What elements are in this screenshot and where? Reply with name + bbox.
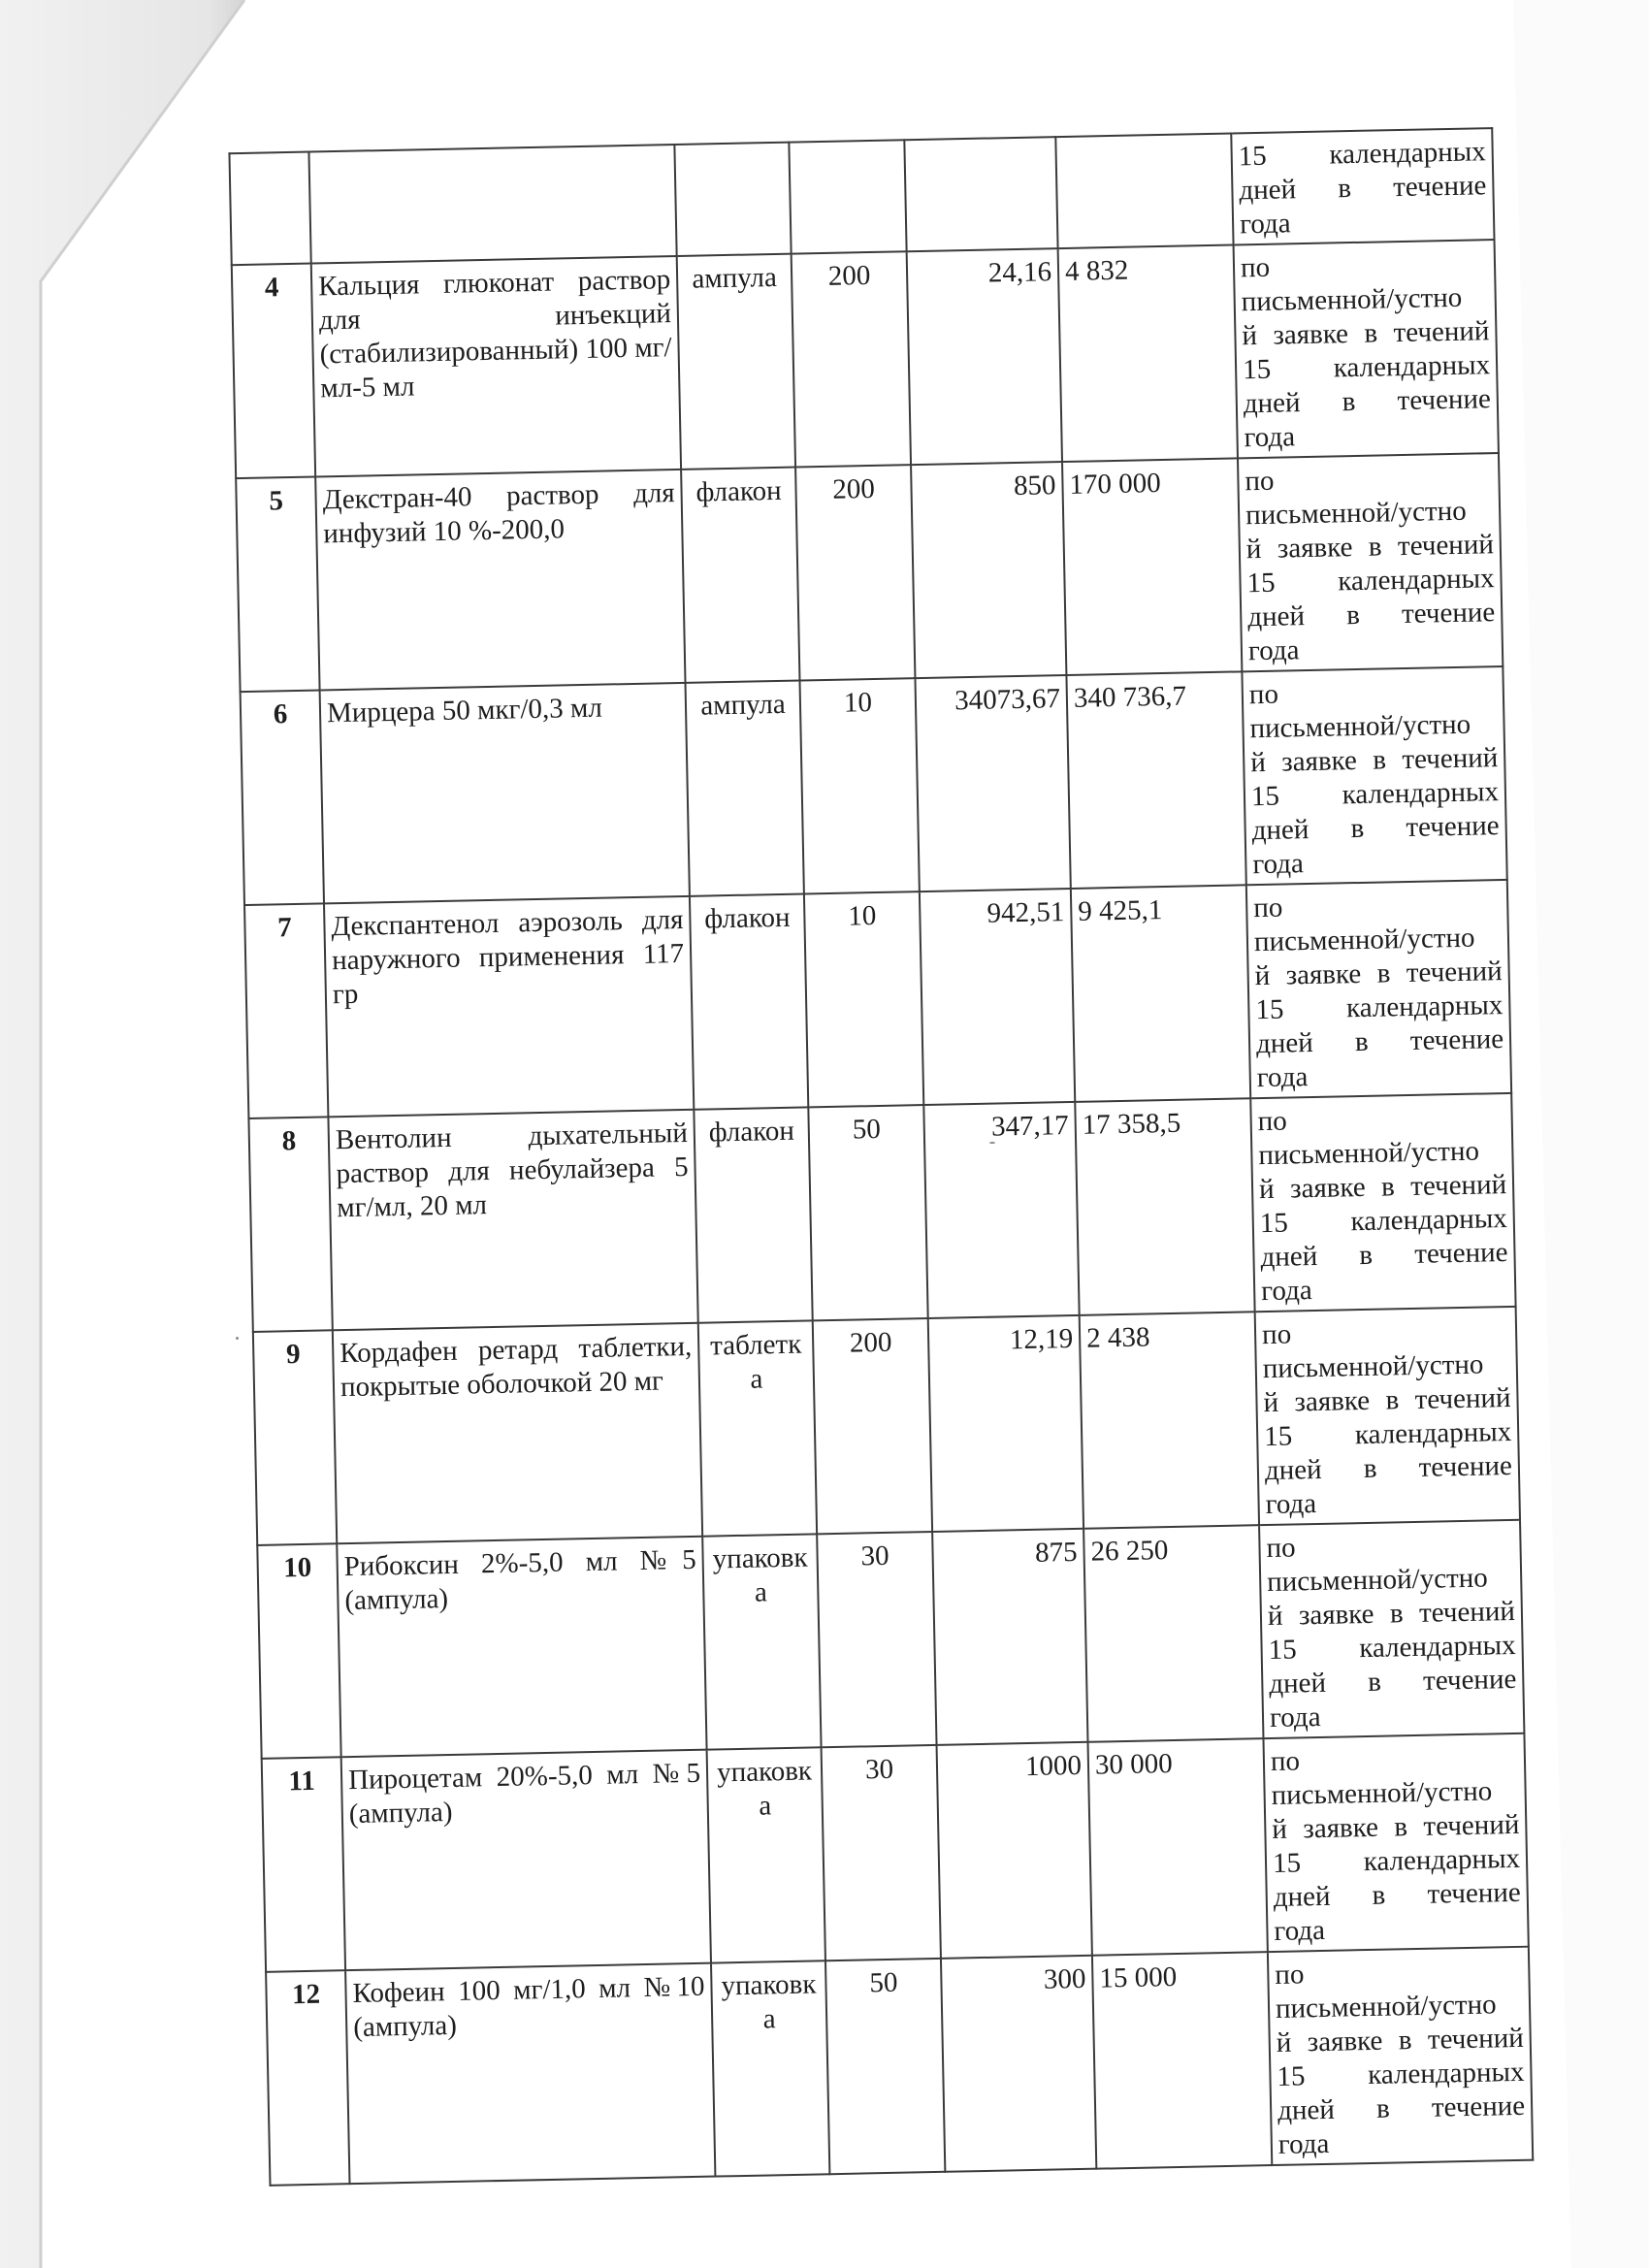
row-number: 5 <box>269 485 283 516</box>
term-line: й заявке в течений <box>1254 955 1503 993</box>
row-number: 12 <box>292 1979 321 2011</box>
table-row: 4 Кальция глюконат раствор для инъекций … <box>232 240 1499 478</box>
item-unit: ампула <box>700 689 786 722</box>
cell-name: Декспантенол аэрозоль для наружного прим… <box>324 896 694 1118</box>
item-name: Рибоксин 2%-5,0 мл №5 (ампула) <box>343 1544 696 1616</box>
item-sum: 30 000 <box>1095 1748 1173 1781</box>
term-line: дней в течение <box>1277 2090 1526 2128</box>
cell-number: 11 <box>262 1757 345 1972</box>
term-line: 15 календарных <box>1264 1415 1512 1454</box>
term-line: письменной/устно <box>1267 1561 1515 1600</box>
cell-price: 300 <box>941 1956 1096 2172</box>
term-line: 15 календарных <box>1246 562 1495 600</box>
term-line: письменной/устно <box>1249 707 1498 746</box>
term-line: й заявке в течений <box>1276 2022 1524 2060</box>
item-quantity: 10 <box>844 687 873 719</box>
row-number: 10 <box>283 1552 312 1584</box>
term-line: года <box>1248 630 1497 668</box>
cell-unit: упаковка <box>702 1534 821 1749</box>
item-name: Кофеин 100 мг/1,0 мл №10 (ампула) <box>352 1971 705 2043</box>
item-name: Кальция глюконат раствор для инъекций (с… <box>318 264 672 404</box>
item-sum: 4 832 <box>1065 255 1129 287</box>
cell-unit: упаковка <box>711 1960 829 2176</box>
term-line: дней в течение <box>1265 1449 1513 1488</box>
term-line: 15 календарных <box>1268 1629 1516 1668</box>
row-number: 6 <box>274 698 288 729</box>
item-sum: 17 358,5 <box>1082 1108 1180 1141</box>
cell-name: Вентолин дыхательный раствор для небулай… <box>328 1110 697 1331</box>
term-line: по <box>1275 1954 1523 1993</box>
item-unit: таблетка <box>710 1329 802 1395</box>
item-name: Мирцера 50 мкг/0,3 мл <box>327 693 602 729</box>
item-price: 347,17 <box>991 1110 1069 1143</box>
table-row: 9 Кордафен ретард таблетки, покрытые обо… <box>253 1307 1520 1545</box>
cell-number: 6 <box>241 690 324 905</box>
term-line: й заявке в течений <box>1242 314 1490 353</box>
term-line: й заявке в течений <box>1259 1168 1507 1207</box>
supply-table: 15 календарных дней в течение года 4 Кал… <box>228 127 1534 2187</box>
term-line: дней в течение <box>1260 1236 1508 1275</box>
cell-delivery-term: 15 календарных дней в течение года <box>1231 128 1494 244</box>
item-unit: упаковка <box>721 1968 816 2034</box>
item-price: 850 <box>1014 470 1056 502</box>
row-number: 11 <box>288 1766 315 1798</box>
table-row: 12 Кофеин 100 мг/1,0 мл №10 (ампула) упа… <box>266 1947 1533 2186</box>
item-quantity: 50 <box>852 1114 881 1146</box>
item-sum: 26 250 <box>1090 1535 1168 1568</box>
cell-name: Пироцетам 20%-5,0 мл №5 (ампула) <box>341 1750 711 1971</box>
term-line: года <box>1278 2123 1527 2162</box>
cell-price: 24,16 <box>907 248 1062 465</box>
item-name: Пироцетам 20%-5,0 мл №5 (ампула) <box>348 1758 701 1830</box>
term-line: по <box>1249 673 1498 712</box>
cell-quantity: 10 <box>804 891 923 1107</box>
item-sum: 15 000 <box>1099 1961 1177 1994</box>
table-row: 7 Декспантенол аэрозоль для наружного пр… <box>244 880 1511 1118</box>
scan-speck <box>236 1337 239 1340</box>
cell-price: 875 <box>932 1529 1087 1745</box>
cell-sum: 2 438 <box>1080 1312 1259 1529</box>
item-unit: флакон <box>708 1116 794 1149</box>
item-sum: 340 736,7 <box>1074 681 1187 714</box>
item-name: Кордафен ретард таблетки, покрытые оболо… <box>339 1331 693 1403</box>
term-line: года <box>1244 416 1492 455</box>
cell-sum: 26 250 <box>1083 1525 1263 1742</box>
supply-table-wrapper: 15 календарных дней в течение года 4 Кал… <box>228 127 1532 2187</box>
cell-name: Мирцера 50 мкг/0,3 мл <box>320 683 690 904</box>
table-row: 5 Декстран-40 раствор для инфузий 10 %-2… <box>236 453 1503 692</box>
term-line: письменной/устно <box>1241 280 1489 319</box>
term-line: по <box>1262 1313 1510 1352</box>
term-line: 15 календарных <box>1243 348 1491 387</box>
term-line: дней в течение <box>1244 382 1492 421</box>
cell-unit: флакон <box>690 893 808 1109</box>
cell-delivery-term: по письменной/устно й заявке в течений 1… <box>1250 1093 1515 1312</box>
item-name: Декстран-40 раствор для инфузий 10 %-200… <box>322 477 675 549</box>
item-sum: 9 425,1 <box>1078 894 1163 927</box>
cell-sum: 4 832 <box>1058 244 1238 462</box>
cell-price: 34073,67 <box>915 675 1070 891</box>
cell-name <box>308 145 676 264</box>
cell-quantity <box>789 140 906 253</box>
cell-sum: 17 358,5 <box>1075 1098 1254 1315</box>
item-unit: флакон <box>695 475 782 508</box>
term-line: й заявке в течений <box>1250 741 1499 780</box>
cell-unit: флакон <box>694 1107 812 1322</box>
term-line: дней в течение <box>1256 1022 1504 1061</box>
table-row: 11 Пироцетам 20%-5,0 мл №5 (ампула) упак… <box>262 1733 1529 1972</box>
cell-sum: 340 736,7 <box>1066 671 1245 889</box>
item-unit: ампула <box>692 262 777 295</box>
item-quantity: 200 <box>832 473 875 505</box>
item-unit: флакон <box>704 902 791 935</box>
cell-sum: 170 000 <box>1062 458 1242 675</box>
term-line: года <box>1252 843 1501 882</box>
cell-unit <box>674 143 791 256</box>
cell-number <box>229 152 310 266</box>
cell-price <box>904 137 1057 251</box>
item-quantity: 30 <box>860 1540 889 1572</box>
table-row: 6 Мирцера 50 мкг/0,3 мл ампула 10 34073,… <box>241 666 1507 905</box>
term-line: дней в течение <box>1239 169 1487 208</box>
cell-delivery-term: по письменной/устно й заявке в течений 1… <box>1246 880 1511 1098</box>
term-line: 15 календарных <box>1277 2056 1525 2094</box>
cell-name: Декстран-40 раствор для инфузий 10 %-200… <box>315 470 685 691</box>
table-row: 8 Вентолин дыхательный раствор для небул… <box>248 1093 1515 1332</box>
cell-number: 12 <box>266 1970 349 2186</box>
term-line: письменной/устно <box>1262 1347 1510 1386</box>
cell-unit: флакон <box>681 468 799 683</box>
term-line: 15 календарных <box>1259 1202 1507 1241</box>
cell-price: 1000 <box>937 1742 1092 1959</box>
cell-unit: ампула <box>677 254 795 470</box>
term-line: дней в течение <box>1247 596 1496 634</box>
term-line: дней в течение <box>1269 1663 1517 1701</box>
item-quantity: 30 <box>865 1754 894 1786</box>
cell-number: 4 <box>232 264 315 479</box>
cell-delivery-term: по письменной/устно й заявке в течений 1… <box>1268 1947 1533 2165</box>
item-quantity: 50 <box>869 1967 898 1999</box>
item-quantity: 200 <box>850 1327 892 1359</box>
cell-quantity: 50 <box>825 1959 945 2174</box>
cell-delivery-term: по письменной/устно й заявке в течений 1… <box>1259 1520 1524 1738</box>
cell-delivery-term: по письменной/устно й заявке в течений 1… <box>1238 453 1503 671</box>
cell-number: 10 <box>257 1543 340 1759</box>
item-name: Декспантенол аэрозоль для наружного прим… <box>331 904 684 1010</box>
term-line: года <box>1274 1910 1522 1949</box>
row-number: 8 <box>281 1125 296 1156</box>
term-line: 15 календарных <box>1255 988 1503 1027</box>
item-quantity: 10 <box>848 900 877 932</box>
table-row: 10 Рибоксин 2%-5,0 мл №5 (ампула) упаков… <box>257 1520 1524 1759</box>
cell-sum: 30 000 <box>1088 1738 1268 1956</box>
term-line: й заявке в течений <box>1263 1381 1511 1420</box>
term-line: письменной/устно <box>1245 494 1494 533</box>
term-line: дней в течение <box>1273 1876 1521 1915</box>
term-line: письменной/устно <box>1271 1774 1519 1813</box>
cell-quantity: 10 <box>799 678 919 893</box>
term-line: по <box>1241 246 1489 285</box>
cell-delivery-term: по письменной/устно й заявке в течений 1… <box>1234 240 1499 458</box>
term-line: года <box>1265 1483 1513 1522</box>
term-line: й заявке в течений <box>1268 1595 1516 1634</box>
item-price: 300 <box>1044 1963 1086 1995</box>
cell-quantity: 200 <box>813 1318 932 1534</box>
cell-number: 7 <box>244 903 328 1118</box>
item-price: 24,16 <box>988 256 1052 288</box>
term-line: по <box>1245 460 1493 499</box>
item-sum: 2 438 <box>1086 1321 1150 1353</box>
row-number: 9 <box>286 1339 301 1370</box>
term-line: по <box>1266 1527 1514 1566</box>
cell-sum: 15 000 <box>1092 1952 1272 2169</box>
item-sum: 170 000 <box>1069 468 1161 501</box>
cell-price: 850 <box>911 462 1066 678</box>
term-line: по <box>1253 887 1502 925</box>
cell-unit: упаковка <box>707 1747 825 1962</box>
cell-name: Кофеин 100 мг/1,0 мл №10 (ампула) <box>345 1963 715 2185</box>
term-line: года <box>1240 203 1488 242</box>
cell-name: Рибоксин 2%-5,0 мл №5 (ампула) <box>337 1537 706 1758</box>
term-line: й заявке в течений <box>1272 1808 1520 1847</box>
term-line: 15 календарных <box>1238 135 1486 174</box>
cell-sum: 9 425,1 <box>1071 885 1250 1102</box>
cell-price: 12,19 <box>928 1315 1083 1532</box>
term-line: года <box>1270 1697 1518 1735</box>
term-line: дней в течение <box>1251 809 1500 848</box>
cell-quantity: 200 <box>795 465 915 680</box>
cell-delivery-term: по письменной/устно й заявке в течений 1… <box>1255 1307 1520 1525</box>
cell-unit: таблетка <box>698 1320 817 1536</box>
item-price: 942,51 <box>986 896 1064 929</box>
cell-name: Кальция глюконат раствор для инъекций (с… <box>311 256 681 477</box>
term-line: года <box>1261 1270 1509 1309</box>
row-number: 4 <box>265 272 279 303</box>
cell-number: 8 <box>248 1117 332 1332</box>
cell-delivery-term: по письменной/устно й заявке в течений 1… <box>1263 1733 1528 1952</box>
term-line: по <box>1257 1100 1505 1139</box>
cell-number: 9 <box>253 1330 337 1545</box>
item-price: 12,19 <box>1010 1323 1074 1355</box>
cell-delivery-term: по письменной/устно й заявке в течений 1… <box>1242 666 1506 885</box>
cell-sum <box>1055 133 1233 248</box>
item-price: 1000 <box>1025 1750 1083 1782</box>
cell-price: 347,17 <box>923 1102 1079 1318</box>
term-line: года <box>1256 1056 1504 1095</box>
item-price: 875 <box>1035 1537 1078 1569</box>
item-name: Вентолин дыхательный раствор для небулай… <box>336 1118 689 1223</box>
term-line: письменной/устно <box>1258 1134 1506 1173</box>
term-line: по <box>1271 1740 1519 1779</box>
term-line: 15 календарных <box>1251 775 1500 814</box>
cell-unit: ампула <box>686 681 804 896</box>
row-number: 7 <box>277 912 292 943</box>
item-price: 34073,67 <box>954 683 1060 716</box>
item-unit: упаковка <box>712 1542 807 1608</box>
cell-quantity: 30 <box>817 1532 936 1747</box>
item-unit: упаковка <box>717 1756 812 1822</box>
cell-quantity: 30 <box>822 1745 941 1960</box>
cell-price: 942,51 <box>920 889 1075 1105</box>
cell-name: Кордафен ретард таблетки, покрытые оболо… <box>333 1323 702 1544</box>
term-line: й заявке в течений <box>1246 528 1495 567</box>
term-line: письменной/устно <box>1276 1988 1524 2026</box>
term-line: 15 календарных <box>1273 1842 1521 1881</box>
cell-number: 5 <box>236 477 319 693</box>
term-line: письменной/устно <box>1254 921 1503 959</box>
cell-quantity: 50 <box>808 1105 927 1320</box>
cell-quantity: 200 <box>792 251 911 467</box>
item-quantity: 200 <box>828 260 871 292</box>
